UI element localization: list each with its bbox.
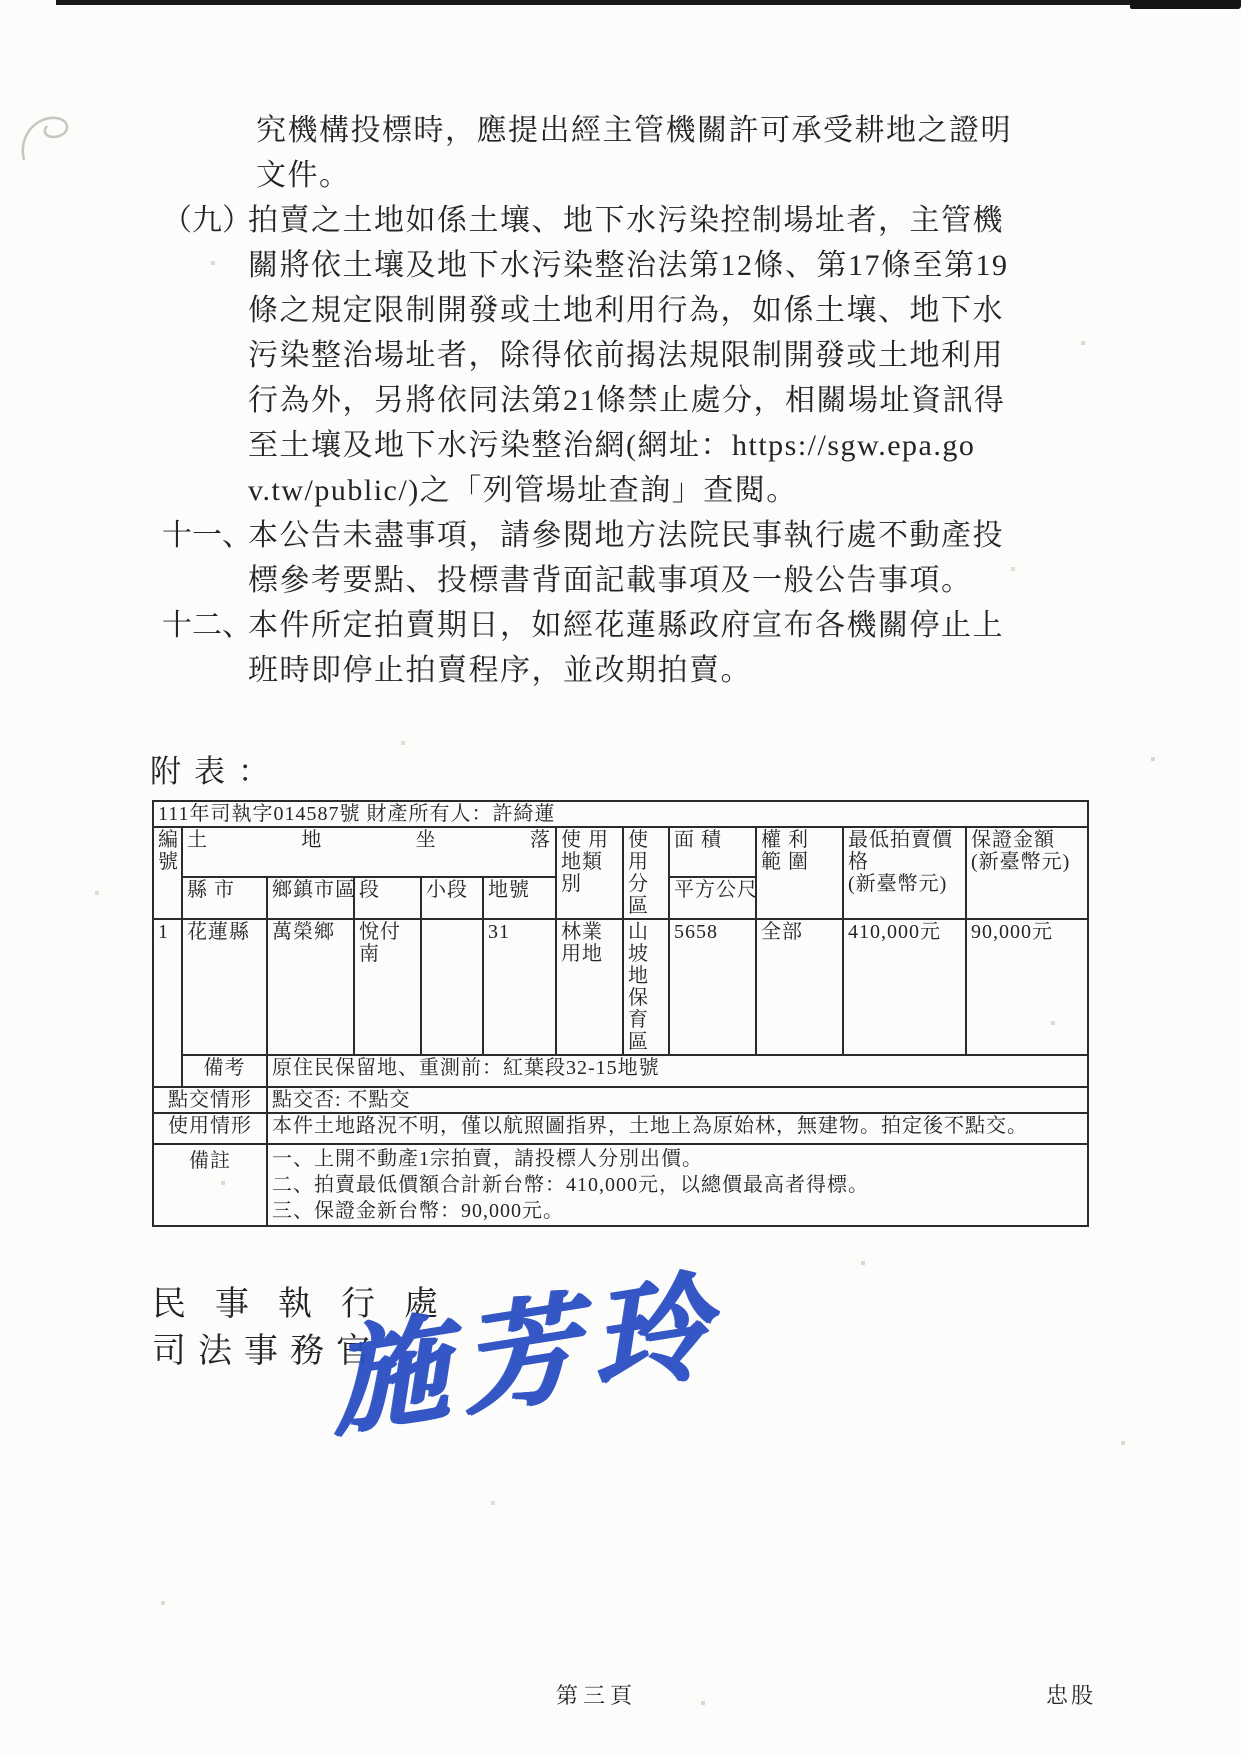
item-marker: 十一、 [162, 513, 252, 558]
body-line-text: 究機構投標時，應提出經主管機關許可承受耕地之證明 [256, 114, 1012, 147]
notes-value: 一、上開不動產1宗拍賣，請投標人分別出價。 二、拍賣最低價額合計新台幣：410,… [267, 1144, 1088, 1226]
header-row-top: 編號 土 地 坐 落 使 用 地類別 使用 分區 面 積 權 利 範 圍 最低拍… [153, 827, 1088, 877]
cell-zoning: 山坡地保育區 [623, 919, 669, 1055]
case-number-row: 111年司執字014587號 財產所有人：許綺蓮 [153, 801, 1088, 827]
body-text: 究機構投標時，應提出經主管機關許可承受耕地之證明 文件。 （九）拍賣之土地如係土… [0, 108, 1241, 693]
usage-value: 本件土地路況不明，僅以航照圖指界，土地上為原始林，無建物。拍定後不點交。 [267, 1113, 1088, 1144]
usage-label: 使用情形 [153, 1113, 267, 1144]
scan-noise [0, 0, 2, 2]
cell-section: 悅付南 [354, 919, 421, 1055]
body-line-text: 至土壤及地下水污染整治網(網址：https://sgw.epa.go [248, 429, 975, 462]
auction-table: 111年司執字014587號 財產所有人：許綺蓮 編號 土 地 坐 落 使 用 … [152, 800, 1089, 1227]
notes-row: 備註 一、上開不動產1宗拍賣，請投標人分別出價。 二、拍賣最低價額合計新台幣：4… [153, 1144, 1088, 1226]
cell-subsection [421, 919, 483, 1055]
body-line-text: 關將依土壤及地下水污染整治法第12條、第17條至第19 [248, 249, 1009, 282]
col-header-deposit: 保證金額 (新臺幣元) [966, 827, 1088, 919]
note-line-2: 二、拍賣最低價額合計新台幣：410,000元，以總價最高者得標。 [272, 1172, 1083, 1198]
body-line: 標參考要點、投標書背面記載事項及一般公告事項。 [0, 558, 1241, 603]
col-header-subsection: 小段 [421, 877, 483, 919]
body-line: v.tw/public/)之「列管場址查詢」查閱。 [0, 468, 1241, 513]
footer-page-number: 第三頁 [556, 1679, 637, 1710]
cell-deposit: 90,000元 [966, 919, 1088, 1055]
note-line-3: 三、保證金新台幣：90,000元。 [272, 1198, 1083, 1224]
body-line: 條之規定限制開發或土地利用行為，如係土壤、地下水 [0, 288, 1241, 333]
item-marker: 十二、 [162, 603, 252, 648]
col-header-township: 鄉鎮市區 [267, 877, 354, 919]
body-line-text: 本件所定拍賣期日，如經花蓮縣政府宣布各機關停止上 [248, 609, 1004, 642]
handover-label: 點交情形 [153, 1087, 267, 1113]
body-line: 班時即停止拍賣程序，並改期拍賣。 [0, 648, 1241, 693]
col-header-lot-no: 地號 [483, 877, 556, 919]
case-number: 111年司執字014587號 財產所有人：許綺蓮 [153, 801, 1088, 827]
body-line-text: 班時即停止拍賣程序，並改期拍賣。 [248, 654, 752, 687]
col-header-land-location: 土 地 坐 落 [182, 827, 556, 877]
cell-no: 1 [153, 919, 182, 1087]
property-data-row: 1 花蓮縣 萬榮鄉 悅付南 31 林業用地 山坡地保育區 5658 全部 410… [153, 919, 1088, 1055]
handover-row: 點交情形 點交否: 不點交 [153, 1087, 1088, 1113]
signature-ink: 施芳玲 [323, 1230, 729, 1459]
usage-row: 使用情形 本件土地路況不明，僅以航照圖指界，土地上為原始林，無建物。拍定後不點交… [153, 1113, 1088, 1144]
handover-value: 點交否: 不點交 [267, 1087, 1088, 1113]
col-header-rights-scope: 權 利 範 圍 [756, 827, 843, 919]
cell-county: 花蓮縣 [182, 919, 267, 1055]
item-marker: （九） [162, 198, 252, 243]
body-line-text: 條之規定限制開發或土地利用行為，如係土壤、地下水 [248, 294, 1004, 327]
remark-row: 備考 原住民保留地、重測前：紅葉段32-15地號 [153, 1055, 1088, 1087]
attachment-title: 附表： [150, 746, 282, 791]
remark-value: 原住民保留地、重測前：紅葉段32-15地號 [267, 1055, 1088, 1087]
cell-lot-no: 31 [483, 919, 556, 1055]
notes-label: 備註 [153, 1144, 267, 1226]
body-line: 至土壤及地下水污染整治網(網址：https://sgw.epa.go [0, 423, 1241, 468]
col-header-min-price: 最低拍賣價格 (新臺幣元) [843, 827, 966, 919]
body-line-text: 本公告未盡事項，請參閱地方法院民事執行處不動產投 [248, 519, 1004, 552]
body-line-text: 行為外，另將依同法第21條禁止處分，相關場址資訊得 [248, 384, 1006, 417]
scan-edge-artifact [56, 0, 1241, 5]
col-header-no: 編號 [153, 827, 182, 919]
cell-rights-scope: 全部 [756, 919, 843, 1055]
scanned-court-auction-page: 究機構投標時，應提出經主管機關許可承受耕地之證明 文件。 （九）拍賣之土地如係土… [0, 0, 1241, 1755]
remark-label: 備考 [182, 1055, 267, 1087]
footer-division-label: 忠股 [1046, 1679, 1096, 1710]
note-line-1: 一、上開不動產1宗拍賣，請投標人分別出價。 [272, 1146, 1083, 1172]
cell-township: 萬榮鄉 [267, 919, 354, 1055]
body-line: 關將依土壤及地下水污染整治法第12條、第17條至第19 [0, 243, 1241, 288]
cell-area: 5658 [669, 919, 756, 1055]
body-line: 污染整治場址者，除得依前揭法規限制開發或土地利用 [0, 333, 1241, 378]
col-header-area: 面 積 [669, 827, 756, 877]
col-header-section: 段 [354, 877, 421, 919]
col-header-county: 縣 市 [182, 877, 267, 919]
body-line-text: 文件。 [256, 159, 351, 192]
cell-land-use-type: 林業用地 [556, 919, 623, 1055]
col-header-zoning: 使用 分區 [623, 827, 669, 919]
col-header-area-unit: 平方公尺 [669, 877, 756, 919]
body-line-text: 污染整治場址者，除得依前揭法規限制開發或土地利用 [248, 339, 1004, 372]
body-line-text: 標參考要點、投標書背面記載事項及一般公告事項。 [248, 564, 973, 597]
body-line: 文件。 [0, 153, 1241, 198]
scan-edge-artifact-thick [1130, 0, 1241, 9]
cell-min-price: 410,000元 [843, 919, 966, 1055]
body-line: 究機構投標時，應提出經主管機關許可承受耕地之證明 [0, 108, 1241, 153]
body-line: 行為外，另將依同法第21條禁止處分，相關場址資訊得 [0, 378, 1241, 423]
body-line-text: 拍賣之土地如係土壤、地下水污染控制場址者，主管機 [248, 204, 1004, 237]
col-header-land-use-type: 使 用 地類別 [556, 827, 623, 919]
body-line: 十二、本件所定拍賣期日，如經花蓮縣政府宣布各機關停止上 [0, 603, 1241, 648]
body-line: （九）拍賣之土地如係土壤、地下水污染控制場址者，主管機 [0, 198, 1241, 243]
body-line-text: v.tw/public/)之「列管場址查詢」查閱。 [248, 474, 798, 507]
body-line: 十一、本公告未盡事項，請參閱地方法院民事執行處不動產投 [0, 513, 1241, 558]
